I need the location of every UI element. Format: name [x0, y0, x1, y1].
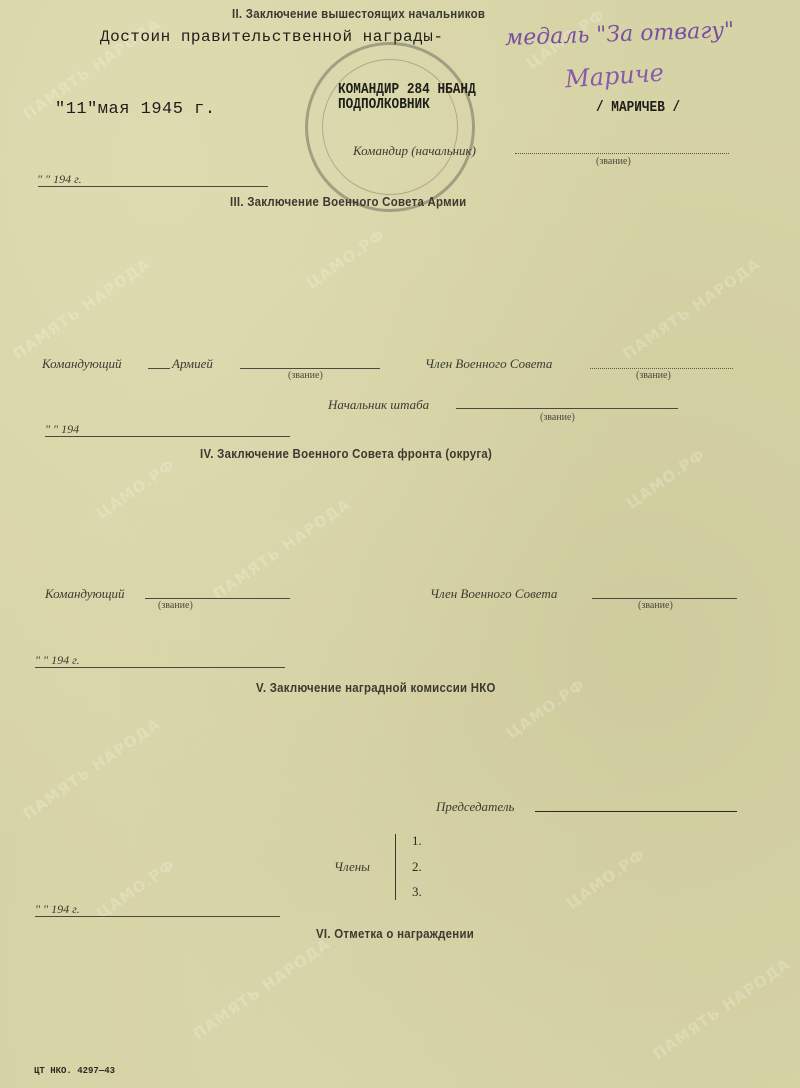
section-4-heading: IV. Заключение Военного Совета фронта (о… — [200, 446, 492, 461]
watermark: ПАМЯТЬ НАРОДА — [20, 715, 164, 823]
commander-signature: Мариче — [564, 59, 665, 94]
chief-of-staff-line[interactable] — [456, 408, 678, 409]
front-council-member-line[interactable] — [592, 598, 737, 599]
member-1[interactable]: 1. — [412, 833, 422, 849]
front-commander-line[interactable] — [145, 598, 290, 599]
handwritten-award: медаль "За отвагу" — [505, 18, 735, 51]
chief-of-staff-label: Начальник штаба — [328, 397, 429, 413]
rank-hint: (звание) — [638, 600, 673, 611]
council-member-label: Член Военного Совета — [425, 356, 552, 372]
rank-hint: (звание) — [636, 370, 671, 381]
watermark: ЦАМО.РФ — [303, 225, 389, 292]
watermark: ПАМЯТЬ НАРОДА — [10, 255, 154, 363]
print-code: ЦТ НКО. 4297—43 — [34, 1066, 115, 1076]
commander-label: Командир (начальник) — [353, 143, 476, 159]
section-3-heading: III. Заключение Военного Совета Армии — [230, 194, 466, 209]
date-blank: " " 194 г. — [35, 902, 80, 917]
member-2[interactable]: 2. — [412, 859, 422, 875]
member-3[interactable]: 3. — [412, 884, 422, 900]
chairman-label: Председатель — [436, 799, 514, 815]
date-blank-line[interactable] — [45, 436, 290, 437]
section-2-heading: II. Заключение вышестоящих начальников — [232, 6, 485, 21]
watermark: ПАМЯТЬ НАРОДА — [620, 255, 764, 363]
watermark: ПАМЯТЬ НАРОДА — [650, 955, 794, 1063]
watermark: ЦАМО.РФ — [623, 445, 709, 512]
army-commander-label: Командующий — [42, 356, 122, 372]
army-rank-line[interactable] — [240, 368, 380, 369]
rank-hint: (звание) — [596, 156, 631, 167]
section-5-heading: V. Заключение наградной комиссии НКО — [256, 680, 496, 695]
rank-hint: (звание) — [540, 412, 575, 423]
army-commander-line[interactable] — [148, 368, 170, 369]
commander-position-line1: КОМАНДИР 284 НБАНД — [338, 82, 476, 97]
watermark: ЦАМО.РФ — [563, 845, 649, 912]
round-seal-stamp — [305, 42, 475, 212]
section-6-heading: VI. Отметка о награждении — [316, 926, 474, 941]
rank-hint: (звание) — [288, 370, 323, 381]
army-label: Армией — [172, 356, 213, 372]
commander-position-line2: ПОДПОЛКОВНИК — [338, 97, 430, 112]
date-blank: " " 194 г. — [37, 172, 82, 187]
council-member-line[interactable] — [590, 368, 733, 369]
rank-hint: (звание) — [158, 600, 193, 611]
members-label: Члены — [334, 859, 370, 875]
commander-name: / МАРИЧЕВ / — [596, 100, 680, 115]
watermark: ЦАМО.РФ — [93, 455, 179, 522]
watermark: ПАМЯТЬ НАРОДА — [210, 495, 354, 603]
watermark: ПАМЯТЬ НАРОДА — [190, 935, 334, 1043]
watermark: ЦАМО.РФ — [503, 675, 589, 742]
date-blank: " " 194 г. — [35, 653, 80, 668]
recommendation-date: "11"мая 1945 г. — [55, 100, 216, 119]
members-bracket — [395, 834, 396, 900]
watermark: ЦАМО.РФ — [93, 855, 179, 922]
date-blank: " " 194 — [45, 422, 79, 437]
front-commander-label: Командующий — [45, 586, 125, 602]
commander-signature-line[interactable] — [515, 153, 729, 154]
front-council-member-label: Член Военного Совета — [430, 586, 557, 602]
chairman-line[interactable] — [535, 811, 737, 812]
